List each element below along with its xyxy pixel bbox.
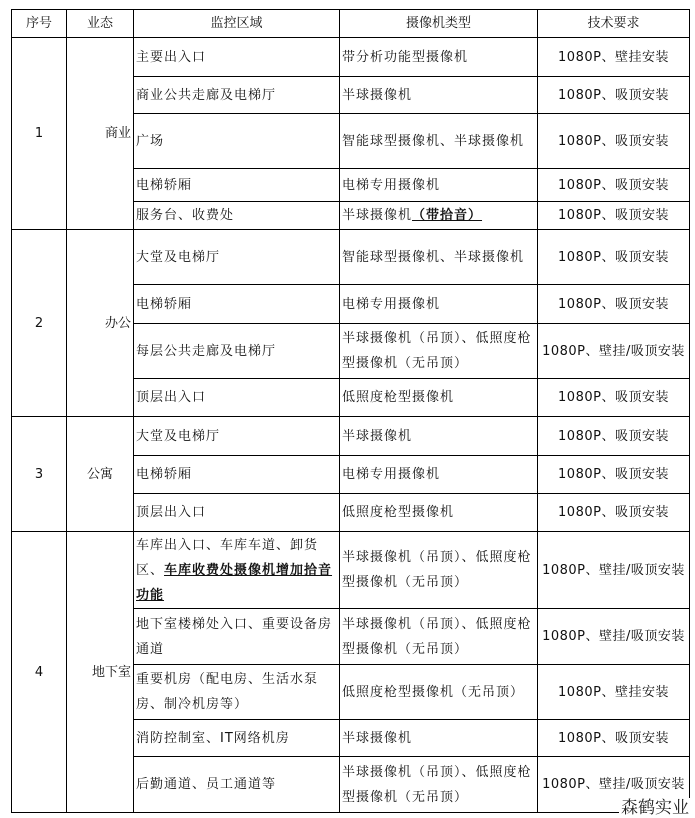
camera-type: 半球摄像机（带拾音） — [340, 202, 538, 230]
monitor-area: 车库出入口、车库车道、卸货区、车库收费处摄像机增加拾音功能 — [134, 532, 340, 609]
group-category: 办公 — [67, 230, 134, 417]
header-row: 序号 业态 监控区域 摄像机类型 技术要求 — [12, 10, 690, 38]
camera-spec-table: 序号 业态 监控区域 摄像机类型 技术要求 1 商业 主要出入口 带分析功能型摄… — [11, 9, 690, 813]
table-row: 1 商业 主要出入口 带分析功能型摄像机 1080P、壁挂安装 — [12, 38, 690, 77]
group-index: 3 — [12, 417, 67, 532]
camera-type: 带分析功能型摄像机 — [340, 38, 538, 77]
tech-requirement: 1080P、壁挂安装 — [538, 38, 690, 77]
group-category: 商业 — [67, 38, 134, 230]
monitor-area: 重要机房（配电房、生活水泵房、制冷机房等） — [134, 665, 340, 720]
monitor-area: 地下室楼梯处入口、重要设备房通道 — [134, 609, 340, 665]
monitor-area: 每层公共走廊及电梯厅 — [134, 324, 340, 379]
monitor-area: 顶层出入口 — [134, 494, 340, 532]
tech-requirement: 1080P、壁挂/吸顶安装 — [538, 609, 690, 665]
monitor-area: 后勤通道、员工通道等 — [134, 757, 340, 813]
monitor-area: 电梯轿厢 — [134, 285, 340, 324]
group-index: 2 — [12, 230, 67, 417]
header-requirement: 技术要求 — [538, 10, 690, 38]
camera-type: 半球摄像机（吊顶）、低照度枪型摄像机（无吊顶） — [340, 324, 538, 379]
header-index: 序号 — [12, 10, 67, 38]
header-camera-type: 摄像机类型 — [340, 10, 538, 38]
camera-type: 半球摄像机（吊顶）、低照度枪型摄像机（无吊顶） — [340, 532, 538, 609]
group-category: 地下室 — [67, 532, 134, 813]
tech-requirement: 1080P、壁挂/吸顶安装 — [538, 324, 690, 379]
monitor-area-emphasis: 车库收费处摄像机增加拾音功能 — [136, 563, 332, 603]
camera-type: 半球摄像机 — [340, 77, 538, 114]
header-category: 业态 — [67, 10, 134, 38]
tech-requirement: 1080P、吸顶安装 — [538, 720, 690, 757]
camera-type: 低照度枪型摄像机 — [340, 494, 538, 532]
tech-requirement: 1080P、壁挂/吸顶安装 — [538, 532, 690, 609]
tech-requirement: 1080P、吸顶安装 — [538, 417, 690, 456]
tech-requirement: 1080P、壁挂安装 — [538, 665, 690, 720]
camera-type: 电梯专用摄像机 — [340, 169, 538, 202]
tech-requirement: 1080P、吸顶安装 — [538, 285, 690, 324]
monitor-area: 消防控制室、IT网络机房 — [134, 720, 340, 757]
tech-requirement: 1080P、吸顶安装 — [538, 77, 690, 114]
monitor-area: 主要出入口 — [134, 38, 340, 77]
tech-requirement: 1080P、吸顶安装 — [538, 456, 690, 494]
monitor-area: 大堂及电梯厅 — [134, 417, 340, 456]
watermark: 森鹤实业 — [619, 798, 691, 818]
camera-type: 半球摄像机 — [340, 417, 538, 456]
tech-requirement: 1080P、吸顶安装 — [538, 494, 690, 532]
monitor-area: 电梯轿厢 — [134, 456, 340, 494]
header-area: 监控区域 — [134, 10, 340, 38]
tech-requirement: 1080P、吸顶安装 — [538, 379, 690, 417]
table-row: 2 办公 大堂及电梯厅 智能球型摄像机、半球摄像机 1080P、吸顶安装 — [12, 230, 690, 285]
monitor-area: 商业公共走廊及电梯厅 — [134, 77, 340, 114]
camera-type: 智能球型摄像机、半球摄像机 — [340, 230, 538, 285]
camera-type: 电梯专用摄像机 — [340, 285, 538, 324]
monitor-area: 大堂及电梯厅 — [134, 230, 340, 285]
camera-type: 半球摄像机（吊顶）、低照度枪型摄像机（无吊顶） — [340, 757, 538, 813]
monitor-area: 顶层出入口 — [134, 379, 340, 417]
group-index: 1 — [12, 38, 67, 230]
tech-requirement: 1080P、吸顶安装 — [538, 202, 690, 230]
tech-requirement: 1080P、吸顶安装 — [538, 114, 690, 169]
camera-type: 电梯专用摄像机 — [340, 456, 538, 494]
group-index: 4 — [12, 532, 67, 813]
table-row: 4 地下室 车库出入口、车库车道、卸货区、车库收费处摄像机增加拾音功能 半球摄像… — [12, 532, 690, 609]
camera-type: 半球摄像机 — [340, 720, 538, 757]
monitor-area: 广场 — [134, 114, 340, 169]
tech-requirement: 1080P、吸顶安装 — [538, 230, 690, 285]
group-category: 公寓 — [67, 417, 134, 532]
camera-type-emphasis: （带拾音） — [412, 208, 482, 223]
camera-type: 低照度枪型摄像机（无吊顶） — [340, 665, 538, 720]
camera-type: 半球摄像机（吊顶）、低照度枪型摄像机（无吊顶） — [340, 609, 538, 665]
monitor-area: 电梯轿厢 — [134, 169, 340, 202]
monitor-area: 服务台、收费处 — [134, 202, 340, 230]
table-row: 3 公寓 大堂及电梯厅 半球摄像机 1080P、吸顶安装 — [12, 417, 690, 456]
camera-type: 低照度枪型摄像机 — [340, 379, 538, 417]
camera-type: 智能球型摄像机、半球摄像机 — [340, 114, 538, 169]
camera-type-text: 半球摄像机 — [342, 208, 412, 223]
tech-requirement: 1080P、吸顶安装 — [538, 169, 690, 202]
